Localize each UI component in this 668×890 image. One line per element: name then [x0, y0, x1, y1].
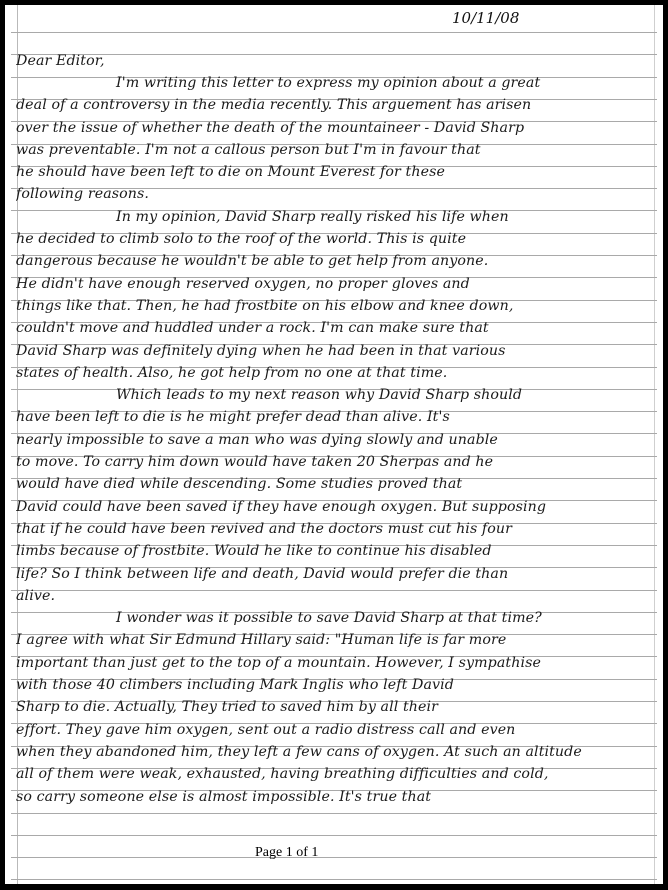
text-line: David could have been saved if they have…: [16, 499, 654, 521]
letter-date: 10/11/08: [452, 9, 519, 27]
text-line: effort. They gave him oxygen, sent out a…: [16, 722, 654, 744]
text-line: things like that. Then, he had frostbite…: [16, 298, 654, 320]
text-line: would have died while descending. Some s…: [16, 476, 654, 498]
text-line: following reasons.: [16, 186, 654, 208]
text-line: to move. To carry him down would have ta…: [16, 454, 654, 476]
text-line: He didn't have enough reserved oxygen, n…: [16, 276, 654, 298]
text-line: alive.: [16, 588, 654, 610]
text-line: that if he could have been revived and t…: [16, 521, 654, 543]
text-line: states of health. Also, he got help from…: [16, 365, 654, 387]
letter-body: 10/11/08 Dear Editor,I'm writing this le…: [0, 0, 668, 890]
text-line: I wonder was it possible to save David S…: [16, 610, 654, 632]
text-line: he should have been left to die on Mount…: [16, 164, 654, 186]
text-line: I'm writing this letter to express my op…: [16, 75, 654, 97]
text-line: all of them were weak, exhausted, having…: [16, 766, 654, 788]
text-line: important than just get to the top of a …: [16, 655, 654, 677]
text-line: limbs because of frostbite. Would he lik…: [16, 543, 654, 565]
text-line: when they abandoned him, they left a few…: [16, 744, 654, 766]
text-line: Sharp to die. Actually, They tried to sa…: [16, 699, 654, 721]
text-line: over the issue of whether the death of t…: [16, 120, 654, 142]
text-line: life? So I think between life and death,…: [16, 566, 654, 588]
text-line: couldn't move and huddled under a rock. …: [16, 320, 654, 342]
text-line: deal of a controversy in the media recen…: [16, 97, 654, 119]
text-line: Which leads to my next reason why David …: [16, 387, 654, 409]
text-line: so carry someone else is almost impossib…: [16, 789, 654, 811]
text-line: dangerous because he wouldn't be able to…: [16, 253, 654, 275]
text-line: Dear Editor,: [16, 53, 654, 75]
text-line: have been left to die is he might prefer…: [16, 409, 654, 431]
text-line: was preventable. I'm not a callous perso…: [16, 142, 654, 164]
text-line: nearly impossible to save a man who was …: [16, 432, 654, 454]
text-line: David Sharp was definitely dying when he…: [16, 343, 654, 365]
text-line: he decided to climb solo to the roof of …: [16, 231, 654, 253]
page-footer: Page 1 of 1: [255, 845, 318, 861]
text-line: I agree with what Sir Edmund Hillary sai…: [16, 632, 654, 654]
text-line: with those 40 climbers including Mark In…: [16, 677, 654, 699]
text-line: In my opinion, David Sharp really risked…: [16, 209, 654, 231]
